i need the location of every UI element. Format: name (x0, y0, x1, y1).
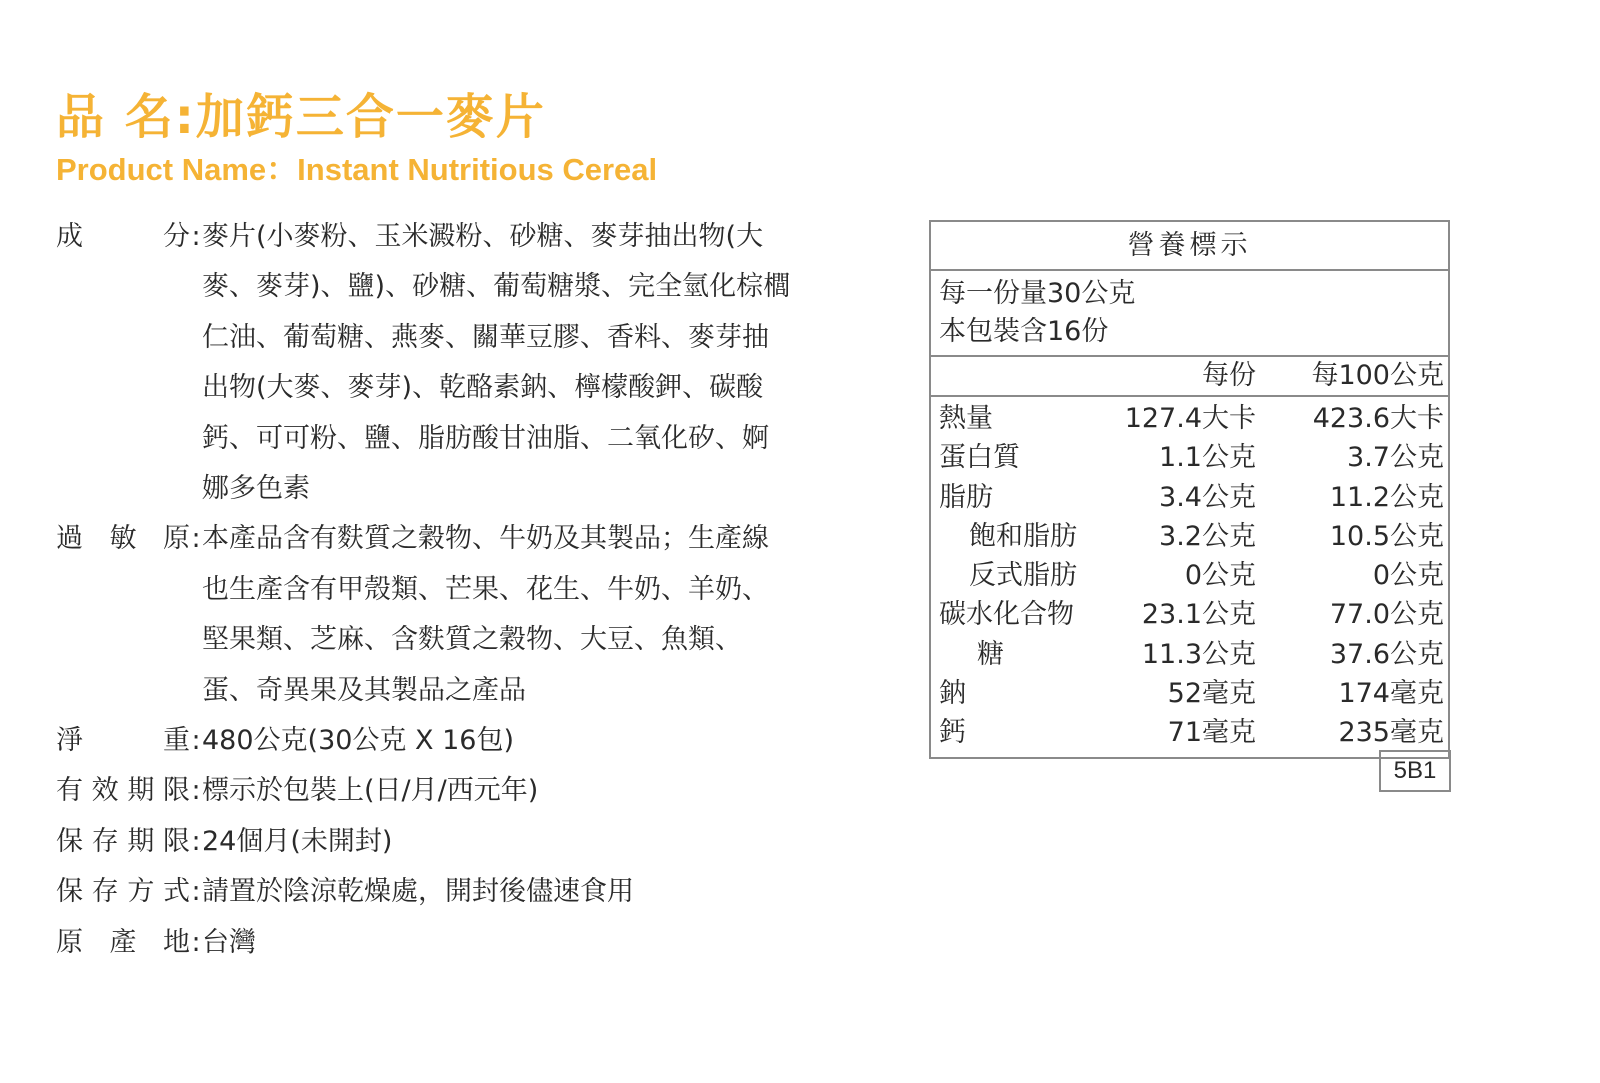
spec-origin: 原 產 地 : 台灣 (56, 918, 876, 968)
spec-label-char: 分 (163, 212, 190, 262)
spec-shelf-life: 保 存 期 限 : 24個月(未開封) (56, 817, 876, 867)
spec-allergens: 過 敏 原 : 本產品含有麩質之穀物、牛奶及其製品；生產線 也生產含有甲殼類、芒… (56, 514, 876, 716)
per-serving-value: 0公克 (1111, 556, 1256, 595)
product-title-zh: 品 名:加鈣三合一麥片 (56, 78, 546, 147)
spec-line: 麥、麥芽)、鹽)、砂糖、葡萄糖漿、完全氫化棕櫚 (202, 262, 876, 312)
nutrient-name: 熱量 (931, 399, 1111, 438)
nutrition-row-carbohydrate: 碳水化合物 23.1公克 77.0公克 (931, 595, 1448, 634)
spec-line: 也生產含有甲殼類、芒果、花生、牛奶、羊奶、 (202, 565, 876, 615)
spec-label-char: 期 (127, 817, 154, 867)
product-title-en: Product Name：Instant Nutritious Cereal (56, 144, 657, 189)
spec-label-char: 保 (56, 867, 83, 917)
spec-label-char: 保 (56, 817, 83, 867)
per-100g-value: 0公克 (1256, 556, 1444, 595)
spec-value: 480公克(30公克 X 16包) (202, 716, 876, 766)
spec-label: 保 存 方 式 (56, 867, 190, 917)
spec-label-char: 效 (92, 766, 119, 816)
spec-label-char: 敏 (110, 514, 137, 564)
nutrient-name: 脂肪 (931, 478, 1111, 517)
nutrition-row-calories: 熱量 127.4大卡 423.6大卡 (931, 399, 1448, 438)
nutrition-serving-info: 每一份量30公克 本包裝含16份 (931, 271, 1448, 357)
spec-line: 台灣 (202, 918, 876, 968)
spec-label: 保 存 期 限 (56, 817, 190, 867)
spec-label: 過 敏 原 (56, 514, 190, 564)
spec-colon: : (190, 212, 202, 262)
spec-label: 原 產 地 (56, 918, 190, 968)
nutrient-name: 糖 (931, 635, 1111, 674)
per-serving-value: 23.1公克 (1111, 595, 1256, 634)
spec-label-char: 限 (163, 766, 190, 816)
spec-storage: 保 存 方 式 : 請置於陰涼乾燥處，開封後儘速食用 (56, 867, 876, 917)
product-specs: 成 分 : 麥片(小麥粉、玉米澱粉、砂糖、麥芽抽出物(大 麥、麥芽)、鹽)、砂糖… (56, 212, 876, 968)
spec-label-char: 限 (163, 817, 190, 867)
spec-value: 請置於陰涼乾燥處，開封後儘速食用 (202, 867, 876, 917)
per-100g-value: 235毫克 (1256, 713, 1444, 752)
serving-size: 每一份量30公克 (939, 275, 1448, 313)
spec-colon: : (190, 867, 202, 917)
nutrition-facts-table: 營養標示 每一份量30公克 本包裝含16份 每份 每100公克 熱量 127.4… (929, 220, 1450, 759)
per-serving-value: 1.1公克 (1111, 438, 1256, 477)
spec-colon: : (190, 766, 202, 816)
spec-line: 標示於包裝上(日/月/西元年) (202, 766, 876, 816)
per-serving-value: 127.4大卡 (1111, 399, 1256, 438)
spec-line: 480公克(30公克 X 16包) (202, 716, 876, 766)
nutrient-name: 反式脂肪 (931, 556, 1111, 595)
spec-label: 成 分 (56, 212, 190, 262)
nutrient-name: 鈉 (931, 674, 1111, 713)
spec-net-weight: 淨 重 : 480公克(30公克 X 16包) (56, 716, 876, 766)
product-code-badge: 5B1 (1379, 750, 1451, 792)
nutrition-body: 熱量 127.4大卡 423.6大卡 蛋白質 1.1公克 3.7公克 脂肪 3.… (931, 397, 1448, 757)
spec-label-char: 產 (110, 918, 137, 968)
nutrient-name: 飽和脂肪 (931, 517, 1111, 556)
spec-value: 麥片(小麥粉、玉米澱粉、砂糖、麥芽抽出物(大 麥、麥芽)、鹽)、砂糖、葡萄糖漿、… (202, 212, 876, 514)
spec-label-char: 重 (163, 716, 190, 766)
spec-label-char: 式 (163, 867, 190, 917)
per-100g-value: 11.2公克 (1256, 478, 1444, 517)
nutrient-name: 蛋白質 (931, 438, 1111, 477)
per-100g-value: 77.0公克 (1256, 595, 1444, 634)
spec-label: 淨 重 (56, 716, 190, 766)
nutrition-row-fat: 脂肪 3.4公克 11.2公克 (931, 478, 1448, 517)
per-100g-value: 3.7公克 (1256, 438, 1444, 477)
nutrition-row-sodium: 鈉 52毫克 174毫克 (931, 674, 1448, 713)
spec-label: 有 效 期 限 (56, 766, 190, 816)
nutrient-name-header (931, 357, 1111, 395)
per-100g-value: 37.6公克 (1256, 635, 1444, 674)
per-serving-value: 3.2公克 (1111, 517, 1256, 556)
per-serving-header: 每份 (1111, 357, 1256, 395)
nutrition-header-row: 每份 每100公克 (931, 357, 1448, 397)
spec-line: 24個月(未開封) (202, 817, 876, 867)
nutrient-name: 碳水化合物 (931, 595, 1111, 634)
spec-line: 仁油、葡萄糖、燕麥、關華豆膠、香料、麥芽抽 (202, 313, 876, 363)
spec-label-char: 存 (92, 867, 119, 917)
spec-label-char: 成 (56, 212, 83, 262)
nutrient-name: 鈣 (931, 713, 1111, 752)
spec-label-char: 有 (56, 766, 83, 816)
spec-label-char: 期 (127, 766, 154, 816)
spec-label-char: 方 (127, 867, 154, 917)
spec-label-char: 過 (56, 514, 83, 564)
spec-value: 24個月(未開封) (202, 817, 876, 867)
servings-per-pack: 本包裝含16份 (939, 313, 1448, 351)
nutrition-title: 營養標示 (931, 222, 1448, 271)
spec-value: 本產品含有麩質之穀物、牛奶及其製品；生產線 也生產含有甲殼類、芒果、花生、牛奶、… (202, 514, 876, 716)
spec-line: 蛋、奇異果及其製品之產品 (202, 666, 876, 716)
spec-label-char: 存 (92, 817, 119, 867)
spec-line: 鈣、可可粉、鹽、脂肪酸甘油脂、二氧化矽、婀 (202, 414, 876, 464)
nutrition-row-calcium: 鈣 71毫克 235毫克 (931, 713, 1448, 752)
spec-value: 台灣 (202, 918, 876, 968)
spec-label-char: 原 (163, 514, 190, 564)
per-serving-value: 3.4公克 (1111, 478, 1256, 517)
spec-line: 娜多色素 (202, 464, 876, 514)
spec-line: 堅果類、芝麻、含麩質之穀物、大豆、魚類、 (202, 615, 876, 665)
spec-colon: : (190, 817, 202, 867)
spec-line: 請置於陰涼乾燥處，開封後儘速食用 (202, 867, 876, 917)
per-serving-value: 71毫克 (1111, 713, 1256, 752)
spec-expiry: 有 效 期 限 : 標示於包裝上(日/月/西元年) (56, 766, 876, 816)
per-100g-header: 每100公克 (1256, 357, 1444, 395)
spec-ingredients: 成 分 : 麥片(小麥粉、玉米澱粉、砂糖、麥芽抽出物(大 麥、麥芽)、鹽)、砂糖… (56, 212, 876, 514)
spec-colon: : (190, 514, 202, 564)
nutrition-row-protein: 蛋白質 1.1公克 3.7公克 (931, 438, 1448, 477)
per-serving-value: 52毫克 (1111, 674, 1256, 713)
spec-label-char: 淨 (56, 716, 83, 766)
spec-colon: : (190, 716, 202, 766)
spec-line: 本產品含有麩質之穀物、牛奶及其製品；生產線 (202, 514, 876, 564)
spec-line: 麥片(小麥粉、玉米澱粉、砂糖、麥芽抽出物(大 (202, 212, 876, 262)
per-100g-value: 10.5公克 (1256, 517, 1444, 556)
per-serving-value: 11.3公克 (1111, 635, 1256, 674)
per-100g-value: 174毫克 (1256, 674, 1444, 713)
nutrition-row-sugar: 糖 11.3公克 37.6公克 (931, 635, 1448, 674)
spec-line: 出物(大麥、麥芽)、乾酪素鈉、檸檬酸鉀、碳酸 (202, 363, 876, 413)
per-100g-value: 423.6大卡 (1256, 399, 1444, 438)
nutrition-row-saturated-fat: 飽和脂肪 3.2公克 10.5公克 (931, 517, 1448, 556)
spec-value: 標示於包裝上(日/月/西元年) (202, 766, 876, 816)
spec-label-char: 地 (163, 918, 190, 968)
spec-colon: : (190, 918, 202, 968)
spec-label-char: 原 (56, 918, 83, 968)
nutrition-row-trans-fat: 反式脂肪 0公克 0公克 (931, 556, 1448, 595)
